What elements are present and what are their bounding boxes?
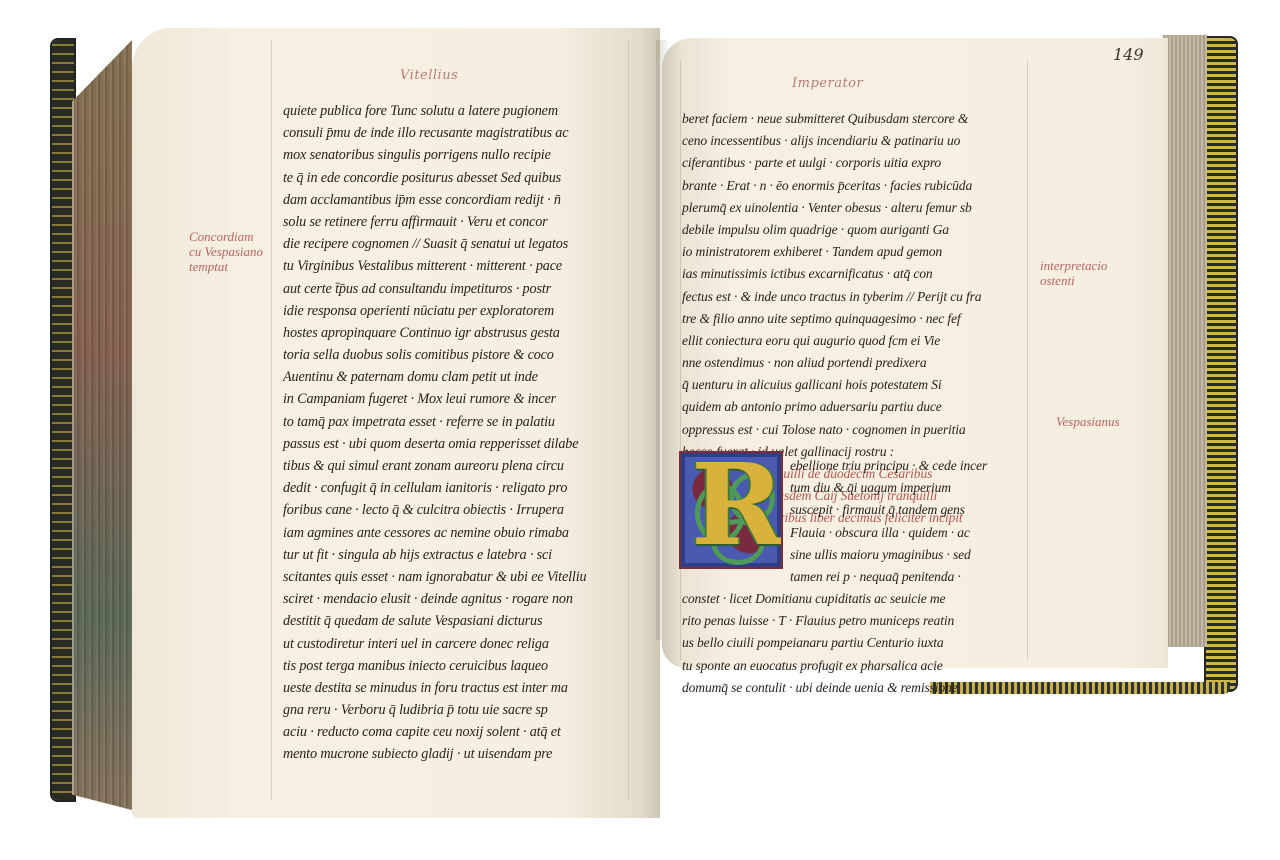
ruling-line: [271, 40, 272, 800]
left-running-head: Vitellius: [400, 68, 458, 83]
text-line: tur ut fit · singula ab hijs extractus e…: [283, 544, 586, 566]
right-margin-note-vespasianus: Vespasianus: [1056, 414, 1120, 429]
text-line: Auentinu & paternam domu clam petit ut i…: [283, 366, 586, 388]
left-cover-spine: [52, 40, 74, 800]
text-line: toria sella duobus solis comitibus pisto…: [283, 344, 586, 366]
text-line: quidem ab antonio primo aduersariu parti…: [682, 396, 981, 418]
text-line: plerumq̄ ex uinolentia · Venter obesus ·…: [682, 197, 981, 219]
text-line: sciret · mendacio elusit · deinde agnitu…: [283, 588, 586, 610]
text-line: brante · Erat · n · ēo enormis p̄ceritas…: [682, 175, 981, 197]
text-line: ut custodiretur interi uel in carcere do…: [283, 633, 586, 655]
text-line: nne ostendimus · non aliud portendi pred…: [682, 352, 981, 374]
ruling-line: [628, 40, 629, 800]
text-line: mento mucrone subiecto gladij · ut uisen…: [283, 743, 586, 765]
text-line: io ministratorem exhiberet · Tandem apud…: [682, 241, 981, 263]
right-running-head: Imperator: [792, 76, 863, 91]
text-line: die recipere cognomen // Suasit q̄ senat…: [283, 233, 586, 255]
right-margin-note-interpretation: interpretacio ostenti: [1040, 258, 1107, 288]
text-line: ueste destita se minudus in foru tractus…: [283, 677, 586, 699]
text-line: q̄ uenturu in alicuius gallicani hois po…: [682, 374, 981, 396]
left-text-column: quiete publica fore Tunc solutu a latere…: [283, 100, 586, 766]
text-line: foribus cane · lecto q̄ & culcitra obiec…: [283, 499, 586, 521]
bottom-cover-gilt-border: [930, 682, 1230, 694]
text-line: to tamq̄ pax impetrata esset · referre s…: [283, 411, 586, 433]
text-line: tis post terga manibus iniecto ceruicibu…: [283, 655, 586, 677]
ruling-line: [680, 60, 681, 660]
left-page-edges: [72, 40, 132, 810]
text-line: Flauia · obscura illa · quidem · ac: [790, 522, 987, 544]
right-cover-gilt-border: [1206, 38, 1236, 690]
text-line: beret faciem · neue submitteret Quibusda…: [682, 108, 981, 130]
text-line: tu sponte an euocatus profugit ex pharsa…: [682, 655, 958, 677]
text-line: consuli p̄mu de inde illo recusante magi…: [283, 122, 586, 144]
text-line: rito penas luisse · T · Flauius petro mu…: [682, 610, 958, 632]
text-line: tum diu & q̄i uagum imperium: [790, 477, 987, 499]
text-line: constet · licet Domitianu cupiditatis ac…: [682, 588, 958, 610]
text-line: gna reru · Verboru q̄ ludibria p̄ totu u…: [283, 699, 586, 721]
text-line: ceno incessentibus · alijs incendiariu &…: [682, 130, 981, 152]
text-line: tamen rei p · nequaq̄ penitenda ·: [790, 566, 987, 588]
text-line: aut certe t̄p̄us ad consultandu impetitu…: [283, 278, 586, 300]
text-line: tibus & qui simul erant zonam aureoru pl…: [283, 455, 586, 477]
right-text-column-end: constet · licet Domitianu cupiditatis ac…: [682, 588, 958, 699]
left-margin-note: Concordiam cu Vespasiano temptat: [189, 229, 263, 274]
text-line: solu se retinere ferru affirmauit · Veru…: [283, 211, 586, 233]
text-line: ias minutissimis ictibus excarnificatus …: [682, 263, 981, 285]
text-line: debile impulsu olim quadrige · quom auri…: [682, 219, 981, 241]
text-line: oppressus est · cui Tolose nato · cognom…: [682, 419, 981, 441]
text-line: sine ullis maioru ymaginibus · sed: [790, 544, 987, 566]
text-line: passus est · ubi quom deserta omia reppe…: [283, 433, 586, 455]
text-line: destitit q̄ quedam de salute Vespasiani …: [283, 610, 586, 632]
initial-letter-r: R: [691, 451, 783, 565]
text-line: ebellione triu principu · & cede incer: [790, 455, 987, 477]
text-line: us bello ciuili pompeianaru partiu Centu…: [682, 632, 958, 654]
text-line: ciferantibus · parte et uulgi · corporis…: [682, 152, 981, 174]
text-line: domumq̄ se contulit · ubi deinde uenia &…: [682, 677, 958, 699]
text-line: dam acclamantibus ip̄m esse concordiam r…: [283, 189, 586, 211]
text-line: tre & filio anno uite septimo quinquages…: [682, 308, 981, 330]
folio-number: 149: [1113, 45, 1144, 64]
ruling-line: [1027, 60, 1028, 660]
text-line: fectus est · & inde unco tractus in tybe…: [682, 286, 981, 308]
right-text-beside-initial: ebellione triu principu · & cede incer t…: [790, 455, 987, 588]
text-line: scitantes quis esset · nam ignorabatur &…: [283, 566, 586, 588]
text-line: suscepit · firmauit q̄ tandem gens: [790, 499, 987, 521]
text-line: ellit coniectura eoru qui augurio quod f…: [682, 330, 981, 352]
text-line: in Campaniam fugeret · Mox leui rumore &…: [283, 388, 586, 410]
text-line: iam agmines ante cessores ac nemine obui…: [283, 522, 586, 544]
illuminated-initial: R: [679, 451, 783, 569]
right-page-edges: [1163, 35, 1207, 647]
text-line: idie responsa operienti nūciatu per expl…: [283, 300, 586, 322]
text-line: te q̄ in ede concordie positurus abesset…: [283, 167, 586, 189]
text-line: quiete publica fore Tunc solutu a latere…: [283, 100, 586, 122]
text-line: dedit · confugit q̄ in cellulam ianitori…: [283, 477, 586, 499]
text-line: mox senatoribus singulis porrigens nullo…: [283, 144, 586, 166]
text-line: tu Virginibus Vestalibus mitterent · mit…: [283, 255, 586, 277]
text-line: aciu · reducto coma capite ceu noxij sol…: [283, 721, 586, 743]
text-line: hostes apropinquare Continuo igr abstrus…: [283, 322, 586, 344]
